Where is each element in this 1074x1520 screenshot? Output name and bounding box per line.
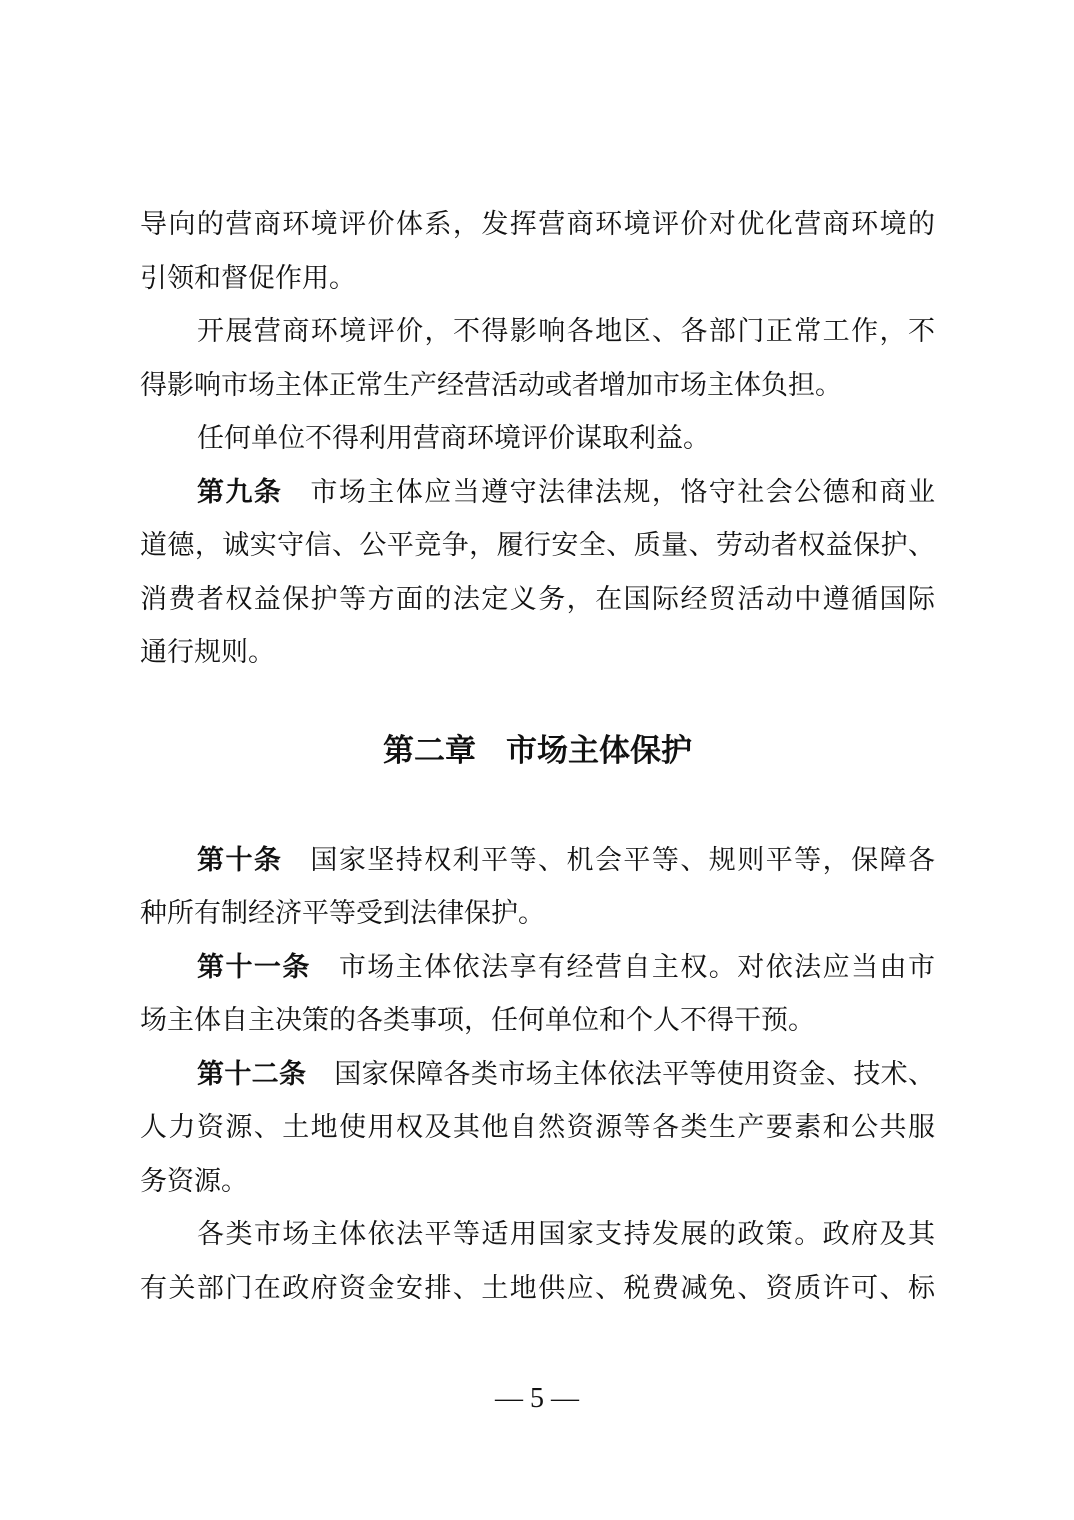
body-line: 任何单位不得利用营商环境评价谋取利益。 [140,412,935,466]
body-line: 得影响市场主体正常生产经营活动或者增加市场主体负担。 [140,359,935,413]
article-text: 国家保障各类市场主体依法平等使用资金、技术、 [334,1059,935,1089]
body-line: 道德，诚实守信、公平竞争，履行安全、质量、劳动者权益保护、 [140,519,935,573]
document-body: 导向的营商环境评价体系，发挥营商环境评价对优化营商环境的 引领和督促作用。 开展… [140,198,935,1315]
article-paragraph-start: 第十一条市场主体依法享有经营自主权。对依法应当由市 [140,941,935,995]
body-line: 通行规则。 [140,626,935,680]
article-paragraph-start: 第九条市场主体应当遵守法律法规，恪守社会公德和商业 [140,466,935,520]
article-text: 国家坚持权利平等、机会平等、规则平等，保障各 [310,845,935,875]
article-paragraph-start: 第十二条国家保障各类市场主体依法平等使用资金、技术、 [140,1048,935,1102]
article-text: 市场主体应当遵守法律法规，恪守社会公德和商业 [310,477,935,507]
article-paragraph-start: 第十条国家坚持权利平等、机会平等、规则平等，保障各 [140,834,935,888]
document-page: 导向的营商环境评价体系，发挥营商环境评价对优化营商环境的 引领和督促作用。 开展… [0,0,1074,1520]
body-line: 场主体自主决策的各类事项，任何单位和个人不得干预。 [140,994,935,1048]
body-line: 人力资源、土地使用权及其他自然资源等各类生产要素和公共服 [140,1101,935,1155]
chapter-title: 市场主体保护 [506,733,692,768]
page-number: — 5 — [0,1382,1074,1416]
body-line: 有关部门在政府资金安排、土地供应、税费减免、资质许可、标 [140,1262,935,1316]
article-number-label: 第十一条 [197,952,311,982]
body-line: 开展营商环境评价，不得影响各地区、各部门正常工作，不 [140,305,935,359]
body-line: 消费者权益保护等方面的法定义务，在国际经贸活动中遵循国际 [140,573,935,627]
article-number-label: 第十二条 [197,1059,306,1089]
article-number-label: 第九条 [197,477,282,507]
chapter-heading: 第二章市场主体保护 [140,724,935,778]
body-line: 各类市场主体依法平等适用国家支持发展的政策。政府及其 [140,1208,935,1262]
article-text: 市场主体依法享有经营自主权。对依法应当由市 [339,952,935,982]
article-number-label: 第十条 [197,845,282,875]
body-line: 引领和督促作用。 [140,252,935,306]
body-line: 种所有制经济平等受到法律保护。 [140,887,935,941]
chapter-number: 第二章 [383,733,476,768]
body-line: 务资源。 [140,1155,935,1209]
body-line: 导向的营商环境评价体系，发挥营商环境评价对优化营商环境的 [140,198,935,252]
